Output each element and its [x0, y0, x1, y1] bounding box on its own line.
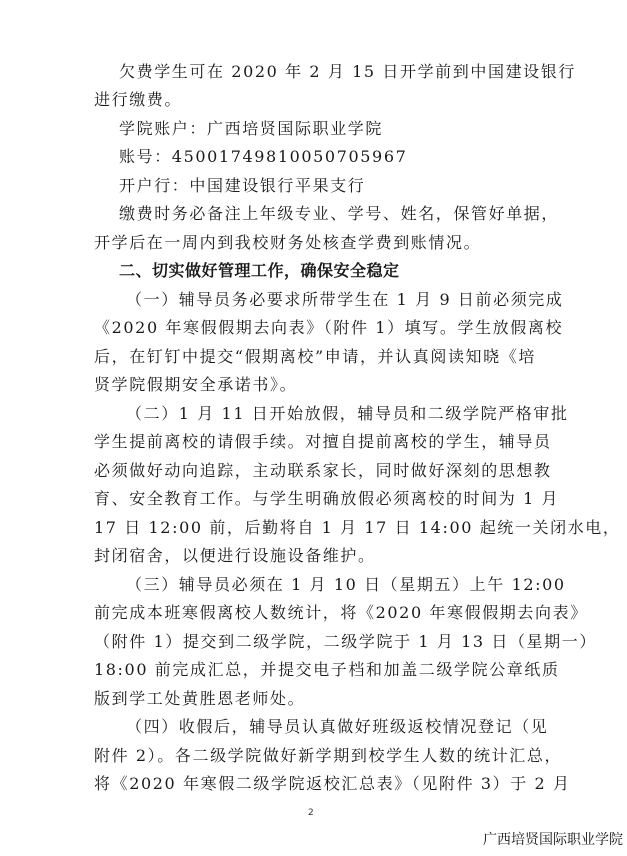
bank-line: 开户行：中国建设银行平果支行 — [119, 172, 534, 200]
paragraph-line: 学生提前离校的请假手续。对擅自提前离校的学生，辅导员 — [94, 428, 534, 456]
paragraph-line: 育、安全教育工作。与学生明确放假必须离校的时间为 1 月 — [94, 485, 534, 513]
paragraph-line: 《2020 年寒假假期去向表》（附件 1）填写。学生放假离校 — [94, 314, 534, 342]
paragraph-line: 缴费时务必备注上年级专业、学号、姓名，保管好单据， — [119, 200, 534, 228]
paragraph-line: 必须做好动向追踪，主动联系家长，同时做好深刻的思想教 — [94, 457, 534, 485]
paragraph-line: 将《2020 年寒假二级学院返校汇总表》（见附件 3）于 2 月 — [94, 770, 534, 798]
paragraph-line: 开学后在一周内到我校财务处核查学费到账情况。 — [94, 229, 534, 257]
paragraph-line: 进行缴费。 — [94, 86, 534, 114]
paragraph-line: 前完成本班寒假离校人数统计，将《2020 年寒假假期去向表》 — [94, 599, 534, 627]
paragraph-line: 欠费学生可在 2020 年 2 月 15 日开学前到中国建设银行 — [119, 58, 534, 86]
paragraph-line: 后，在钉钉中提交“假期离校”申请，并认真阅读知晓《培 — [94, 343, 534, 371]
paragraph-line: 附件 2）。各二级学院做好新学期到校学生人数的统计汇总， — [94, 742, 534, 770]
paragraph-line: 贤学院假期安全承诺书》。 — [94, 371, 534, 399]
paragraph-line: 18:00 前完成汇总，并提交电子档和加盖二级学院公章纸质 — [94, 656, 534, 684]
paragraph-line: 版到学工处黄胜恩老师处。 — [94, 685, 534, 713]
paragraph-line: 17 日 12:00 前，后勤将自 1 月 17 日 14:00 起统一关闭水电… — [94, 514, 534, 542]
paragraph-line: （附件 1）提交到二级学院，二级学院于 1 月 13 日（星期一） — [94, 628, 534, 656]
paragraph-line: 封闭宿舍，以便进行设施设备维护。 — [94, 542, 534, 570]
account-name-line: 学院账户：广西培贤国际职业学院 — [119, 115, 534, 143]
page-number: 2 — [308, 808, 314, 818]
watermark-label: 广西培贤国际职业学院 — [483, 829, 623, 849]
paragraph-line: （一）辅导员务必要求所带学生在 1 月 9 日前必须完成 — [126, 286, 534, 314]
section-heading: 二、切实做好管理工作，确保安全稳定 — [119, 257, 534, 285]
document-page: 欠费学生可在 2020 年 2 月 15 日开学前到中国建设银行 进行缴费。 学… — [0, 0, 627, 856]
paragraph-line: （三）辅导员必须在 1 月 10 日（星期五）上午 12:00 — [126, 571, 534, 599]
paragraph-line: （四）收假后，辅导员认真做好班级返校情况登记（见 — [126, 713, 534, 741]
paragraph-line: （二）1 月 11 日开始放假，辅导员和二级学院严格审批 — [126, 400, 534, 428]
account-number-line: 账号：45001749810050705967 — [119, 143, 534, 171]
